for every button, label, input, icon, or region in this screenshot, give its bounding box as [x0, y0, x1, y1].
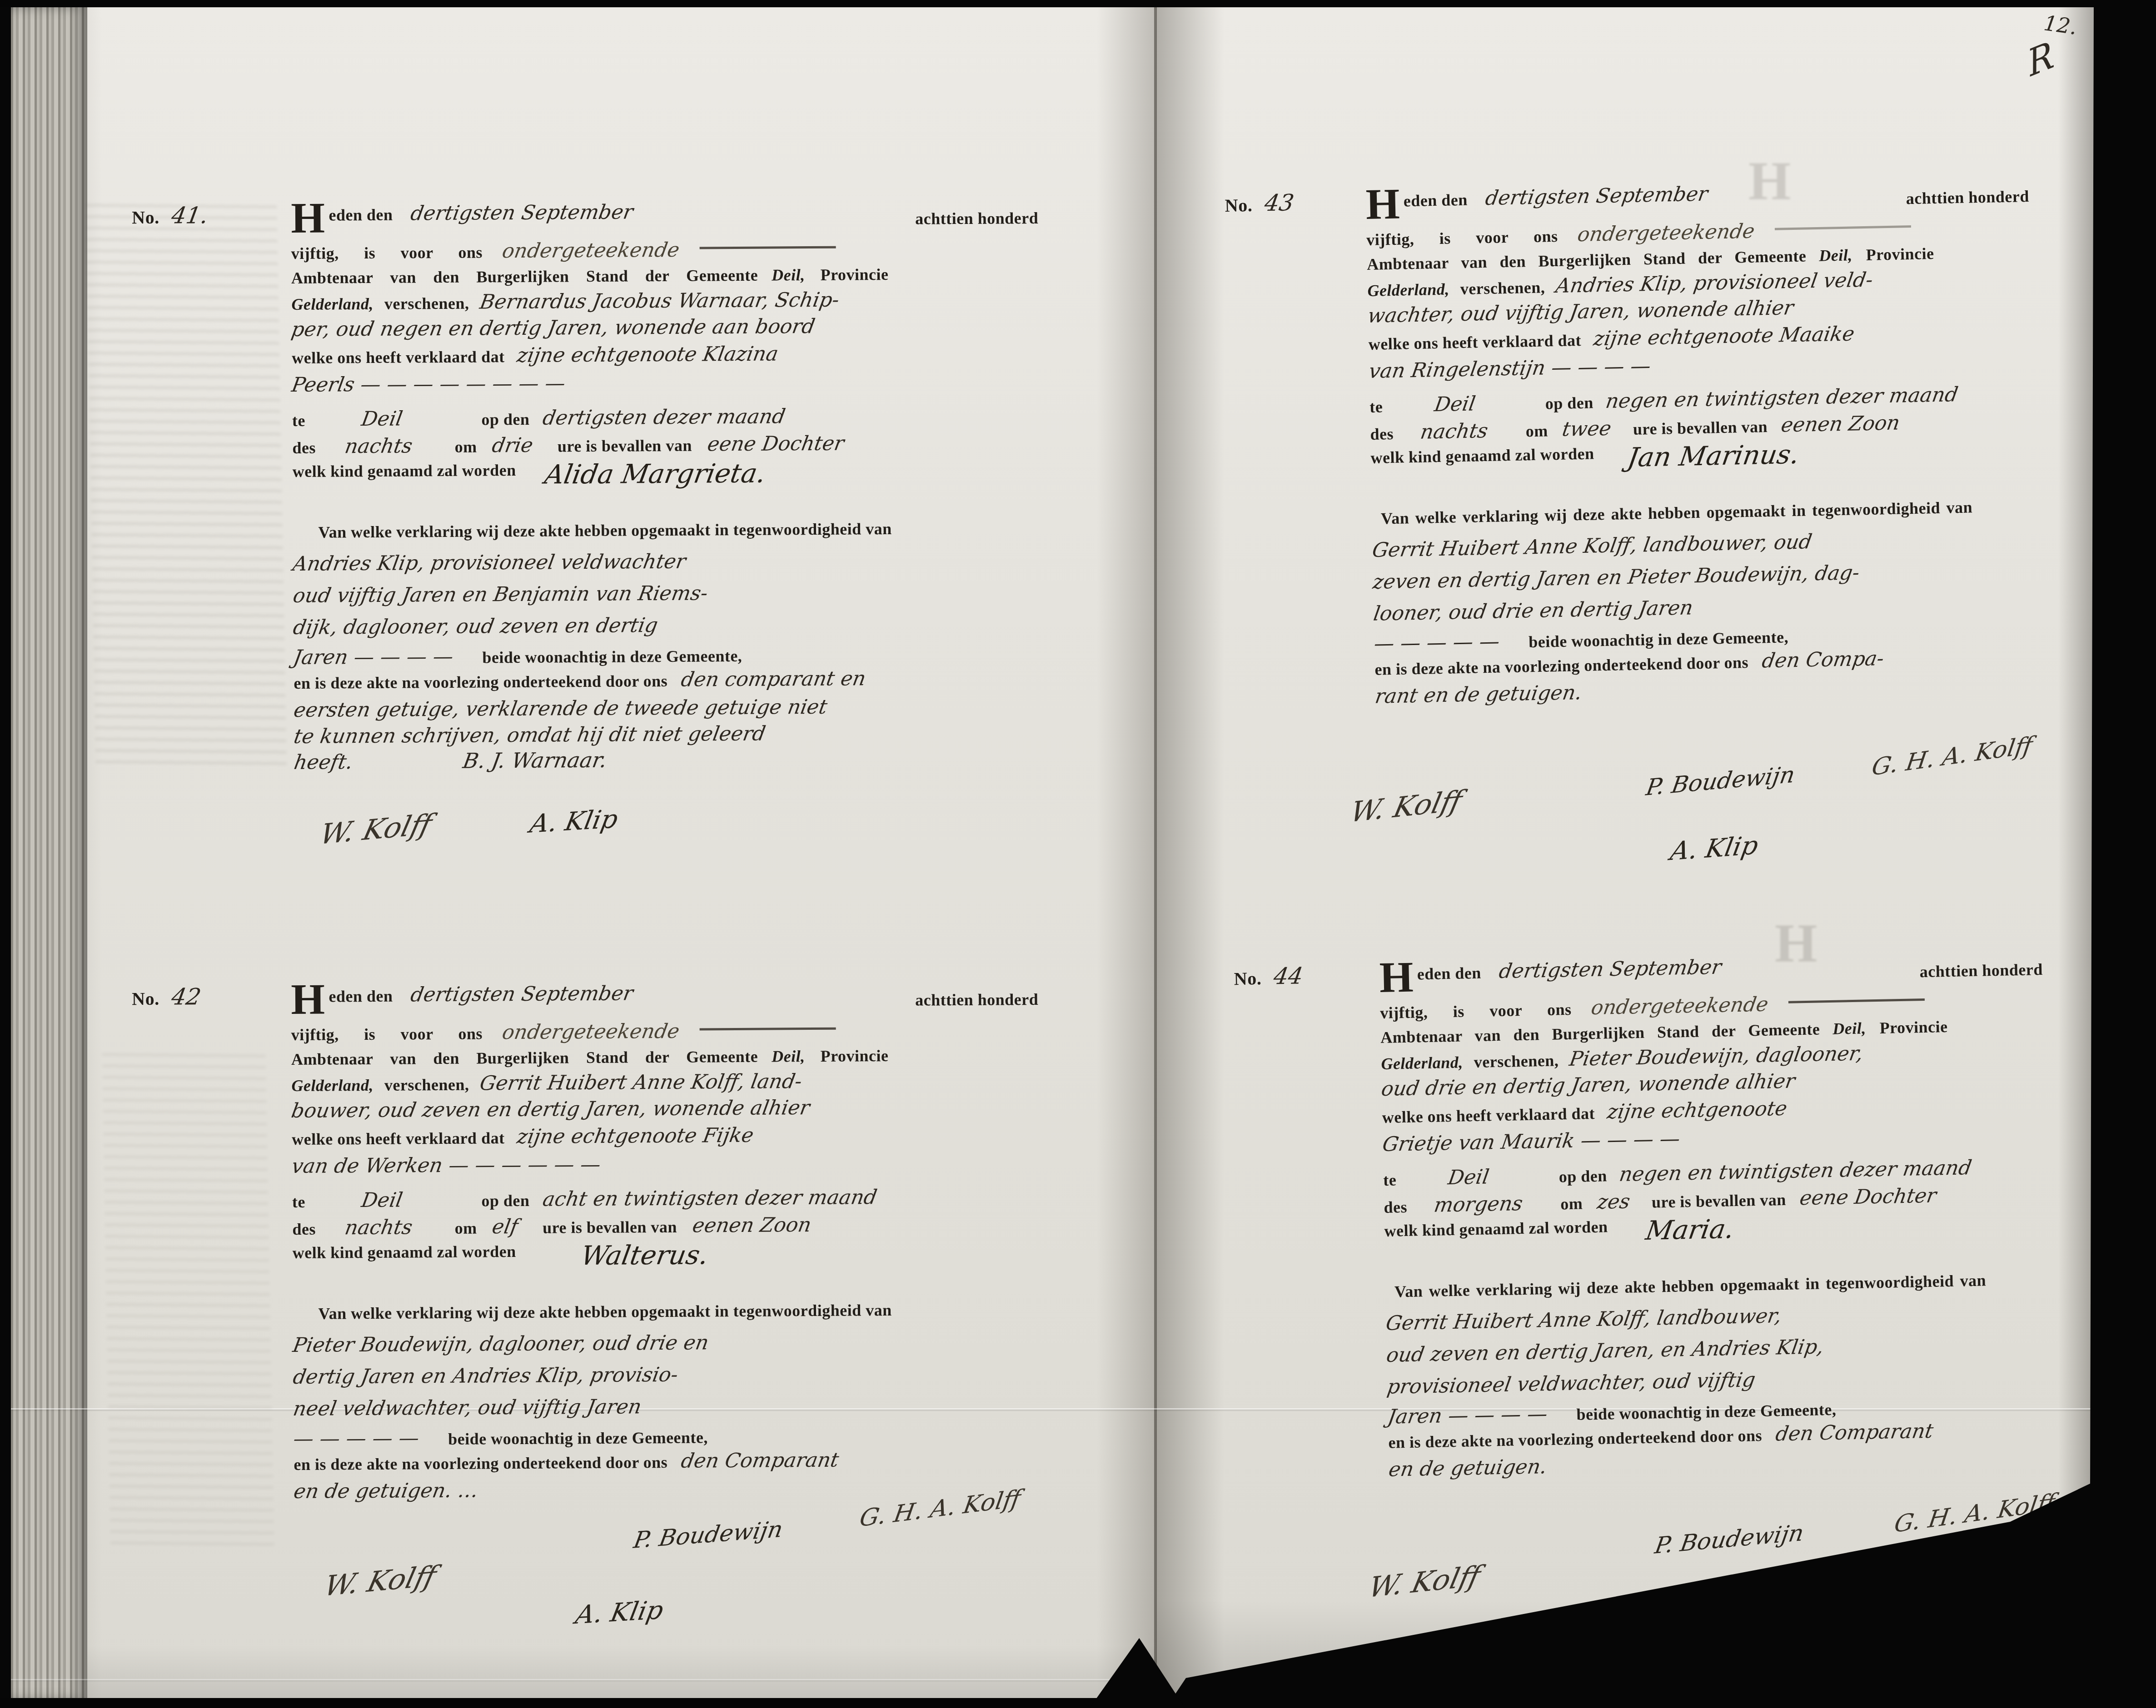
hw-on-day: acht en twintigsten dezer maand [541, 1183, 880, 1214]
signature-warnaar: B. J. Warnaar. [461, 745, 609, 775]
hw-signed-by: den Comparant [1773, 1417, 1935, 1449]
no-label: No. [132, 207, 159, 228]
signature-klip: A. Klip [528, 804, 620, 839]
hw-clause-3: heeft. [292, 748, 355, 777]
signature-klip: A. Klip [1668, 831, 1760, 867]
birth-record-42: No. 42 Heden den dertigsten September ac… [291, 977, 1070, 1681]
scan-border [0, 1698, 1186, 1708]
hw-signed-by: den comparant en [679, 664, 868, 695]
hw-date: dertigsten September [408, 198, 636, 228]
hw-clause-1: en de getuigen. [1387, 1452, 1549, 1485]
line-child-name: welk kind genaamd zal worden Walterus. [292, 1234, 1067, 1267]
filler-rule [1788, 995, 1924, 1003]
record-number: No. 41. [132, 202, 208, 229]
record-number: No. 43 [1225, 189, 1294, 217]
hw-declared-2: Peerls — — — — — — — — [289, 369, 568, 400]
filler-rule [1774, 222, 1911, 230]
hw-child-name: Maria. [1644, 1214, 1736, 1245]
hw-declared-2: van Ringelenstijn — — — — [1367, 352, 1653, 386]
line-heden: Heden den dertigsten September achttien … [291, 977, 1066, 1010]
record-number: No. 42 [132, 983, 201, 1010]
hw-place: Deil [359, 1186, 404, 1215]
printed-achttien-honderd: achttien honderd [1906, 182, 2029, 213]
hw-place: Deil [359, 404, 404, 434]
hw-declared-2: van de Werken — — — — — — [289, 1150, 603, 1181]
record-number: No. 44 [1234, 963, 1303, 990]
hw-record-number: 43 [1263, 189, 1296, 216]
line-declared2: Peerls — — — — — — — — [292, 366, 1066, 400]
hw-signed-by: den Compa- [1760, 644, 1886, 675]
hw-record-number: 42 [170, 983, 203, 1010]
hw-witnesses-1: Gerrit Huibert Anne Kolff, landbouwer, o… [1370, 527, 1814, 565]
hw-child-name: Walterus. [579, 1240, 711, 1270]
fold-crease [11, 1679, 1147, 1680]
dropcap-h: H [1379, 953, 1414, 1002]
scan-border [0, 0, 2156, 7]
hw-witnesses-3: neel veldwachter, oud vijftig Jaren [291, 1392, 643, 1424]
no-label: No. [132, 988, 159, 1009]
filler-rule [699, 1024, 836, 1031]
hw-witnesses-1: Pieter Boudewijn, daglooner, oud drie en [290, 1328, 711, 1360]
hw-record-number: 44 [1272, 963, 1305, 989]
hw-witnesses-2: oud zeven en dertig Jaren, en Andries Kl… [1384, 1332, 1826, 1370]
printed-achttien-honderd: achttien honderd [915, 204, 1038, 233]
printed-gemeente-deil: Deil, [772, 1047, 805, 1065]
line-van-welke: Van welke verklaring wij deze akte hebbe… [293, 513, 1067, 547]
birth-record-41: No. 41. Heden den dertigsten September a… [291, 195, 1070, 890]
hw-clause-1: en de getuigen. … [291, 1476, 480, 1506]
hw-child-name: Alida Margrieta. [543, 459, 768, 489]
book-binding-edge [11, 7, 87, 1700]
hw-declared: zijne echtgenoote [1605, 1094, 1789, 1127]
hw-child-name: Jan Marinus. [1626, 440, 1802, 472]
printed-achttien-honderd: achttien honderd [1919, 955, 2043, 986]
hw-date: dertigsten September [1484, 179, 1710, 213]
page-gutter [1154, 7, 1157, 1700]
signature-boudewijn: P. Boudewijn [1653, 1519, 1806, 1559]
bleedthrough-marks [102, 1051, 274, 1553]
line-child-name: welk kind genaamd zal worden Alida Margr… [292, 452, 1067, 486]
hw-place: Deil [1446, 1162, 1491, 1192]
line-heden: Heden den dertigsten September achttien … [291, 195, 1066, 229]
hw-signed-by: den Comparant [679, 1446, 841, 1476]
hw-on-day: dertigsten dezer maand [541, 402, 788, 432]
bleedthrough-marks [86, 201, 287, 772]
hw-witnesses-3: looner, oud drie en dertig Jaren [1371, 593, 1695, 629]
register-scan: H H 12. R No. 41. Heden den dertigsten S… [0, 0, 2156, 1708]
signature-boudewijn: P. Boudewijn [632, 1516, 785, 1553]
dropcap-h: H [291, 975, 325, 1023]
filler-rule [699, 243, 836, 249]
no-label: No. [1225, 195, 1252, 216]
dropcap-h: H [1365, 179, 1400, 228]
line-van-welke: Van welke verklaring wij deze akte hebbe… [293, 1295, 1067, 1328]
printed-achttien-honderd: achttien honderd [915, 985, 1038, 1015]
hw-witnesses-2: zeven en dertig Jaren en Pieter Boudewij… [1371, 558, 1862, 597]
signature-gha-kolff: G. H. A. Kolff [1870, 732, 2034, 781]
hw-declared: zijne echtgenoote Fijke [515, 1121, 756, 1152]
printed-gemeente-deil: Deil, [772, 266, 805, 284]
signature-klip: A. Klip [573, 1595, 666, 1630]
signature-registrar: W. Kolff [317, 808, 435, 851]
hw-date: dertigsten September [408, 979, 636, 1009]
hw-witnesses-2: oud vijftig Jaren en Benjamin van Riems- [291, 579, 710, 611]
hw-date: dertigsten September [1497, 953, 1724, 986]
printed-gemeente-deil: Deil, [1819, 246, 1852, 264]
hw-witnesses-2: dertig Jaren en Andries Klip, provisio- [291, 1360, 680, 1392]
hw-declared-2: Grietje van Maurik — — — — [1380, 1124, 1682, 1159]
dropcap-h: H [291, 194, 325, 242]
printed-gemeente-deil: Deil, [1832, 1019, 1866, 1038]
hw-witnesses-1: Gerrit Huibert Anne Kolff, landbouwer, [1384, 1301, 1783, 1338]
hw-place: Deil [1432, 389, 1478, 419]
hw-witnesses-3: dijk, daglooner, oud zeven en dertig [291, 611, 660, 642]
hw-clause-1: rant en de getuigen. [1373, 678, 1584, 711]
hw-witnesses-1: Andries Klip, provisioneel veldwachter [290, 547, 688, 579]
signature-registrar: W. Kolff [321, 1559, 440, 1603]
hw-declared: zijne echtgenoote Klazina [515, 339, 781, 370]
birth-record-43: No. 43 Heden den dertigsten September ac… [1365, 173, 2061, 895]
no-label: No. [1234, 968, 1261, 989]
hw-record-number: 41. [170, 202, 210, 229]
signature-boudewijn: P. Boudewijn [1644, 761, 1797, 801]
